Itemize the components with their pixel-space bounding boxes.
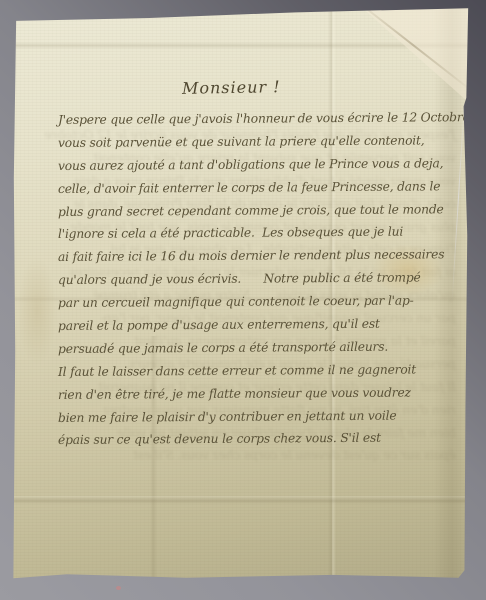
manuscript-lines: J'espere que celle que j'avois l'honneur…	[58, 109, 470, 452]
manuscript-line: persuadé que jamais le corps a été trans…	[58, 335, 470, 361]
manuscript-line: épais sur ce qu'est devenu le corps chez…	[58, 427, 470, 453]
manuscript-line: vous aurez ajouté a tant d'obligations q…	[58, 152, 470, 178]
pink-speck	[116, 586, 121, 590]
manuscript-line: celle, d'avoir fait enterrer le corps de…	[58, 175, 470, 201]
horizontal-fold-crease	[12, 496, 470, 504]
salutation: Monsieur !	[182, 77, 281, 98]
paper-stain	[17, 256, 57, 366]
manuscript-line: Il faut le laisser dans cette erreur et …	[58, 358, 470, 384]
manuscript-line: ai fait faire ici le 16 du mois dernier …	[58, 243, 470, 269]
manuscript-line: rien d'en être tiré, je me flatte monsie…	[58, 381, 470, 407]
letter-body: J'espere que celle que j'avois l'honneur…	[58, 109, 470, 452]
manuscript-line: par un cercueil magnifique qui contenoit…	[58, 289, 470, 315]
manuscript-line: vous soit parvenüe et que suivant la pri…	[58, 129, 470, 155]
horizontal-fold-crease	[12, 42, 470, 49]
corner-fold-crease	[353, 6, 470, 92]
manuscript-line: qu'alors quand je vous écrivis. Notre pu…	[58, 266, 470, 292]
letter-paper: J'espere que celle que j'avois l'honneur…	[12, 6, 470, 580]
manuscript-line: pareil et la pompe d'usage aux enterreme…	[58, 312, 470, 338]
manuscript-line: J'espere que celle que j'avois l'honneur…	[58, 106, 470, 132]
manuscript-line: l'ignore si cela a été practicable. Les …	[58, 221, 470, 247]
photo-background: J'espere que celle que j'avois l'honneur…	[0, 0, 486, 600]
